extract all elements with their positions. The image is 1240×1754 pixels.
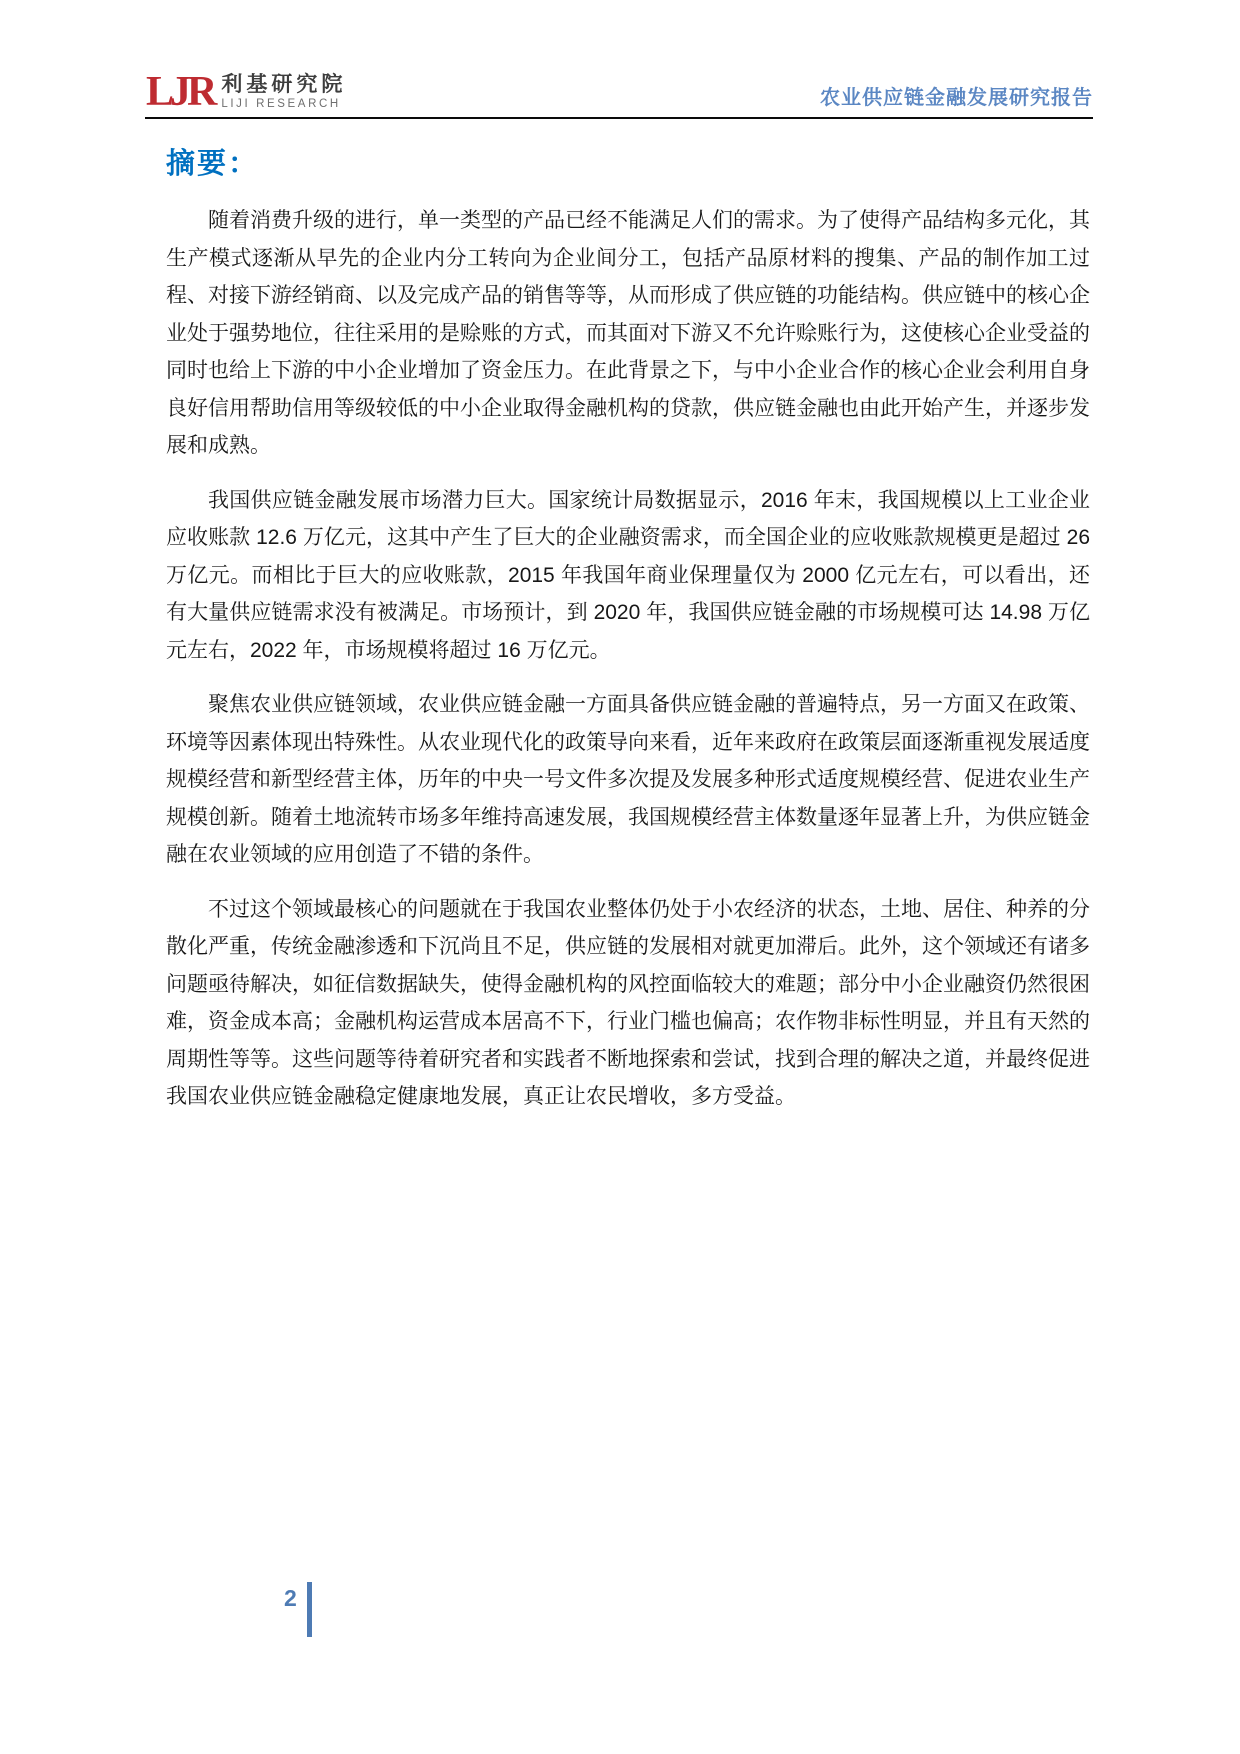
page-header: LJR 利基研究院 LIJI RESEARCH 农业供应链金融发展研究报告 [146,66,1093,112]
paragraph-4: 不过这个领域最核心的问题就在于我国农业整体仍处于小农经济的状态，土地、居住、种养… [166,891,1090,1116]
page-footer: 2 [284,1582,312,1637]
paragraph-2: 我国供应链金融发展市场潜力巨大。国家统计局数据显示，2016 年末，我国规模以上… [166,482,1090,670]
logo-text: 利基研究院 LIJI RESEARCH [221,73,346,111]
paragraph-3: 聚焦农业供应链领域，农业供应链金融一方面具备供应链金融的普遍特点，另一方面又在政… [166,686,1090,874]
footer-divider-bar [307,1582,312,1637]
page-number: 2 [284,1587,297,1610]
logo-mark-icon: LJR [146,72,213,112]
logo: LJR 利基研究院 LIJI RESEARCH [146,72,346,112]
report-title: 农业供应链金融发展研究报告 [820,81,1093,112]
abstract-title: 摘要： [166,141,1090,182]
paragraph-1: 随着消费升级的进行，单一类型的产品已经不能满足人们的需求。为了使得产品结构多元化… [166,202,1090,465]
header-divider [145,117,1093,119]
abstract-section: 摘要： 随着消费升级的进行，单一类型的产品已经不能满足人们的需求。为了使得产品结… [166,141,1090,1116]
document-page: LJR 利基研究院 LIJI RESEARCH 农业供应链金融发展研究报告 摘要… [0,0,1240,1754]
logo-name-cn: 利基研究院 [221,73,346,97]
logo-name-en: LIJI RESEARCH [221,97,346,111]
